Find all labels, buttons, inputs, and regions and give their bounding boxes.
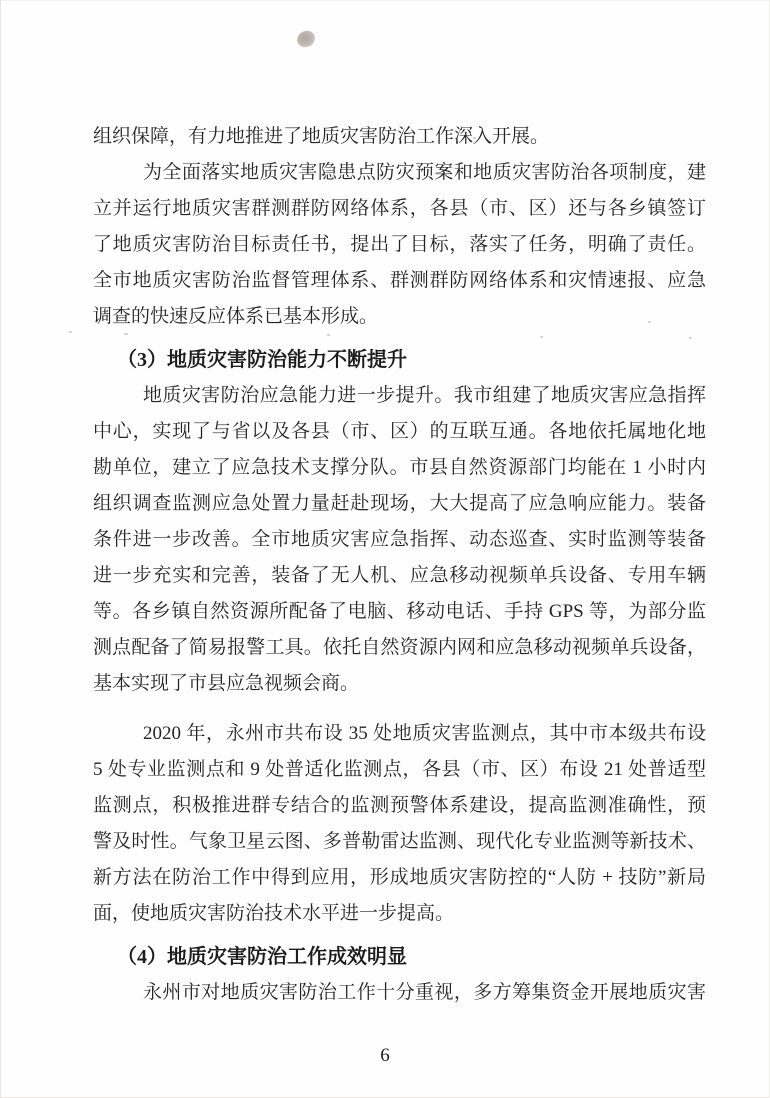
text-line: 等。各乡镇自然资源所配备了电脑、移动电话、手持 GPS 等，为部分监 <box>93 594 706 630</box>
paragraph: 2020 年，永州市共布设 35 处地质灾害监测点，其中市本级共布设了5 处专业… <box>93 716 706 932</box>
page-number: 6 <box>0 1041 770 1071</box>
paragraph: 组织保障，有力地推进了地质灾害防治工作深入开展。 <box>93 119 706 155</box>
text-line: 勘单位，建立了应急技术支撑分队。市县自然资源部门均能在 1 小时内 <box>93 450 706 486</box>
text-line: 中心，实现了与省以及各县（市、区）的互联互通。各地依托属地化地 <box>93 414 706 450</box>
text-line: 地质灾害防治应急能力进一步提升。我市组建了地质灾害应急指挥 <box>93 378 706 414</box>
text-line: 监测点，积极推进群专结合的监测预警体系建设，提高监测准确性，预 <box>93 788 706 824</box>
text-line: 全市地质灾害防治监督管理体系、群测群防网络体系和灾情速报、应急 <box>93 263 706 299</box>
document-content: 组织保障，有力地推进了地质灾害防治工作深入开展。为全面落实地质灾害隐患点防灾预案… <box>93 119 706 1011</box>
text-line: 测点配备了简易报警工具。依托自然资源内网和应急移动视频单兵设备， <box>93 630 706 666</box>
text-line: 2020 年，永州市共布设 35 处地质灾害监测点，其中市本级共布设了 <box>93 716 706 752</box>
paragraph: 永州市对地质灾害防治工作十分重视，多方筹集资金开展地质灾害 <box>93 975 706 1011</box>
text-line: 进一步充实和完善，装备了无人机、应急移动视频单兵设备、专用车辆 <box>93 558 706 594</box>
scan-speck <box>69 331 72 333</box>
text-line: 组织保障，有力地推进了地质灾害防治工作深入开展。 <box>93 119 706 155</box>
text-line: 新方法在防治工作中得到应用，形成地质灾害防控的“人防 + 技防”新局 <box>93 860 706 896</box>
text-line: 警及时性。气象卫星云图、多普勒雷达监测、现代化专业监测等新技术、 <box>93 824 706 860</box>
paragraph: 地质灾害防治应急能力进一步提升。我市组建了地质灾害应急指挥中心，实现了与省以及各… <box>93 378 706 702</box>
text-line: 组织调查监测应急处置力量赶赴现场，大大提高了应急响应能力。装备 <box>93 486 706 522</box>
text-line: 面，使地质灾害防治技术水平进一步提高。 <box>93 896 706 932</box>
document-page: 组织保障，有力地推进了地质灾害防治工作深入开展。为全面落实地质灾害隐患点防灾预案… <box>0 0 770 1098</box>
section-heading: （3）地质灾害防治能力不断提升 <box>93 342 706 378</box>
text-line: 5 处专业监测点和 9 处普适化监测点，各县（市、区）布设 21 处普适型 <box>93 752 706 788</box>
text-line: 基本实现了市县应急视频会商。 <box>93 666 706 702</box>
section-heading: （4）地质灾害防治工作成效明显 <box>93 939 706 975</box>
scan-smudge <box>295 29 316 49</box>
text-line: （3）地质灾害防治能力不断提升 <box>93 342 706 378</box>
text-line: 为全面落实地质灾害隐患点防灾预案和地质灾害防治各项制度，建 <box>93 155 706 191</box>
text-line: 永州市对地质灾害防治工作十分重视，多方筹集资金开展地质灾害 <box>93 975 706 1011</box>
text-line: （4）地质灾害防治工作成效明显 <box>93 939 706 975</box>
text-line: 调查的快速反应体系已基本形成。 <box>93 299 706 335</box>
text-line: 了地质灾害防治目标责任书，提出了目标，落实了任务，明确了责任。 <box>93 227 706 263</box>
text-line: 立并运行地质灾害群测群防网络体系，各县（市、区）还与各乡镇签订 <box>93 191 706 227</box>
text-line: 条件进一步改善。全市地质灾害应急指挥、动态巡查、实时监测等装备 <box>93 522 706 558</box>
paragraph: 为全面落实地质灾害隐患点防灾预案和地质灾害防治各项制度，建立并运行地质灾害群测群… <box>93 155 706 335</box>
